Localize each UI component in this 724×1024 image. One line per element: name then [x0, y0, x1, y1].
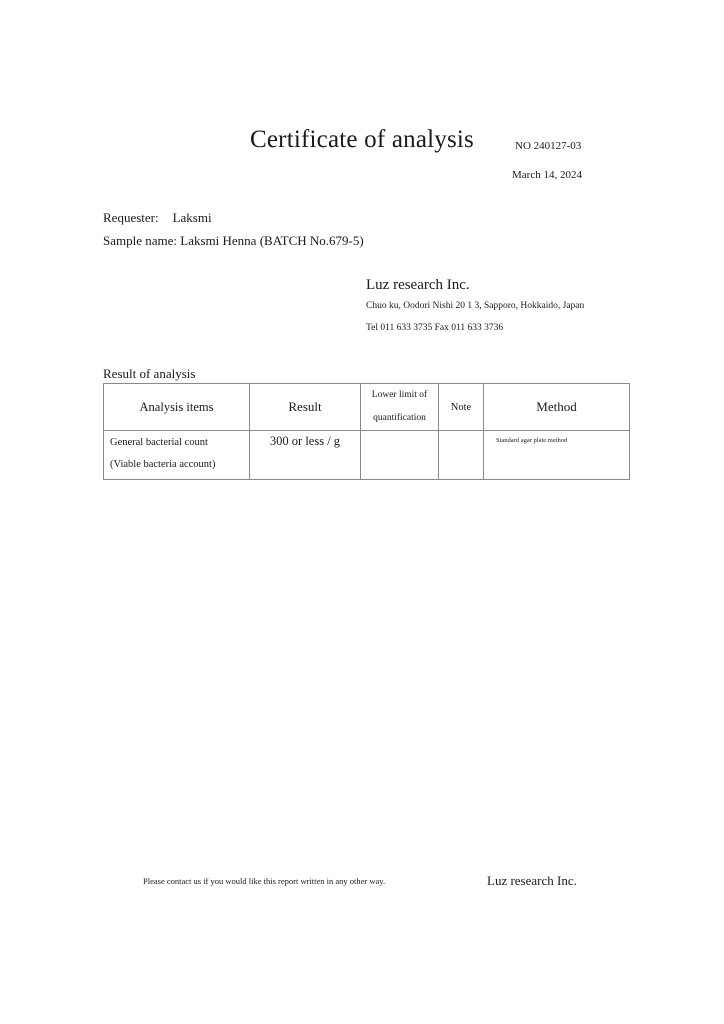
- col-analysis-items: Analysis items: [104, 384, 250, 431]
- cell-note: [439, 431, 484, 480]
- col-method: Method: [484, 384, 630, 431]
- results-table: Analysis items Result Lower limit of qua…: [103, 383, 630, 480]
- issuer-company: Luz research Inc.: [366, 277, 470, 294]
- col-lower-limit-line-2: quantification: [361, 407, 438, 430]
- requester-line: Requester:Laksmi: [103, 210, 212, 226]
- sample-value: Laksmi Henna (BATCH No.679-5): [180, 233, 363, 248]
- cell-lower-limit: [361, 431, 439, 480]
- item-line-1: General bacterial count: [110, 432, 249, 454]
- cell-method: Standard agar plate method: [484, 431, 630, 480]
- cell-result: 300 or less / g: [250, 431, 361, 480]
- table-row: General bacterial count (Viable bacteria…: [104, 431, 630, 480]
- document-date: March 14, 2024: [512, 169, 582, 181]
- document-title: Certificate of analysis: [250, 126, 474, 154]
- document-number: NO 240127-03: [515, 140, 581, 152]
- footer-note: Please contact us if you would like this…: [143, 876, 385, 886]
- issuer-address: Chuo ku, Oodori Nishi 20 1 3, Sapporo, H…: [366, 301, 584, 311]
- requester-value: Laksmi: [173, 210, 212, 225]
- issuer-contact: Tel 011 633 3735 Fax 011 633 3736: [366, 323, 503, 333]
- table-header-row: Analysis items Result Lower limit of qua…: [104, 384, 630, 431]
- cell-analysis-item: General bacterial count (Viable bacteria…: [104, 431, 250, 480]
- requester-label: Requester:: [103, 210, 159, 225]
- col-lower-limit: Lower limit of quantification: [361, 384, 439, 431]
- col-lower-limit-line-1: Lower limit of: [361, 384, 438, 407]
- col-note: Note: [439, 384, 484, 431]
- results-section-title: Result of analysis: [103, 366, 195, 382]
- sample-label: Sample name:: [103, 233, 177, 248]
- sample-line: Sample name: Laksmi Henna (BATCH No.679-…: [103, 233, 364, 249]
- footer-company: Luz research Inc.: [487, 873, 577, 889]
- col-result: Result: [250, 384, 361, 431]
- item-line-2: (Viable bacteria account): [110, 454, 249, 476]
